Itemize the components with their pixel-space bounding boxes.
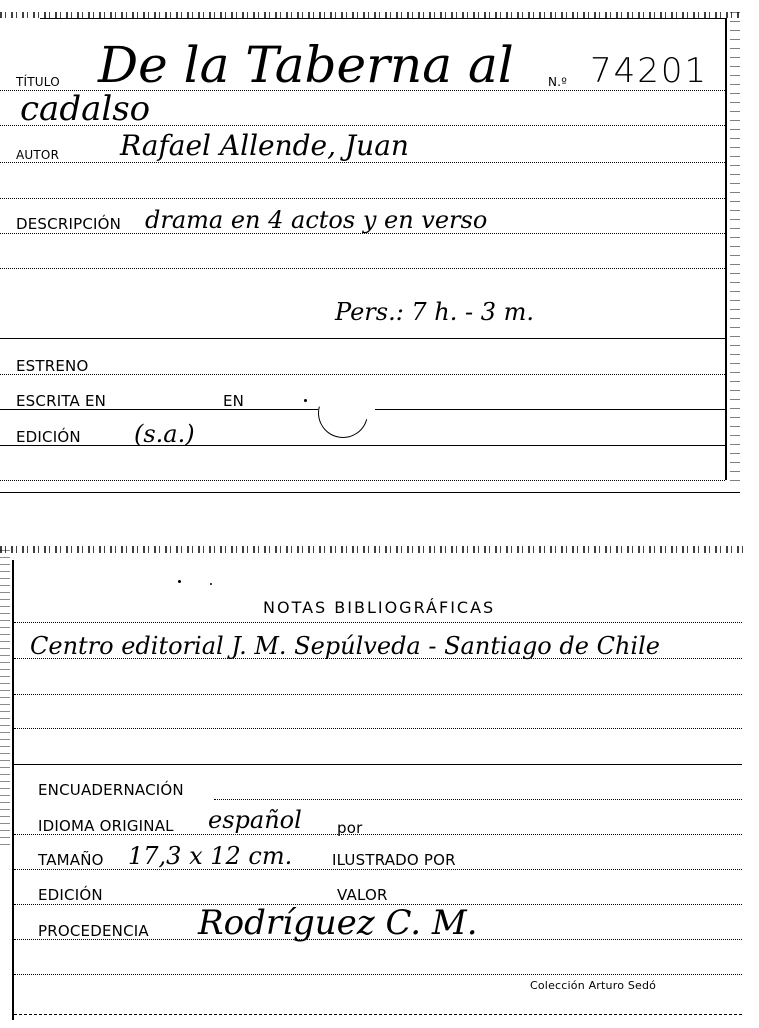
illustrated-by-label: ILUSTRADO POR <box>332 853 456 868</box>
card-bottom-border <box>14 1014 742 1016</box>
blank-rule <box>0 198 725 199</box>
size-value: 17,3 x 12 cm. <box>128 844 292 868</box>
original-language-rule <box>14 834 742 835</box>
scan-noise-edge <box>0 546 745 553</box>
written-in-label: ESCRITA EN <box>16 394 106 409</box>
catalog-card-back: NOTAS BIBLIOGRÁFICAS Centro editorial J.… <box>0 538 759 1028</box>
scan-speck <box>210 583 212 585</box>
size-label: TAMAÑO <box>38 853 104 868</box>
title-value-continued: cadalso <box>20 92 150 126</box>
edition-value: (s.a.) <box>134 422 195 446</box>
premiere-rule <box>0 374 725 375</box>
scan-speck <box>304 399 307 402</box>
description-rule <box>0 233 725 234</box>
stamp-mark <box>309 379 377 447</box>
card-bottom-border <box>0 492 740 493</box>
scan-noise-edge <box>730 12 740 482</box>
notes-line-1: Centro editorial J. M. Sepúlveda - Santi… <box>30 634 660 658</box>
notes-rule-2 <box>14 694 742 695</box>
description-value: drama en 4 actos y en verso <box>145 208 487 232</box>
edition-label: EDICIÓN <box>38 888 103 903</box>
bottom-rule <box>0 480 725 481</box>
title-value: De la Taberna al <box>98 40 514 90</box>
author-rule <box>0 162 725 163</box>
description-extra: Pers.: 7 h. - 3 m. <box>335 300 534 324</box>
number-value: 74201 <box>590 54 708 88</box>
scan-noise-edge <box>0 550 10 850</box>
notes-rule-1 <box>14 658 742 659</box>
edition-label: EDICIÓN <box>16 430 81 445</box>
bibliographic-notes-heading: NOTAS BIBLIOGRÁFICAS <box>263 600 495 616</box>
description-rule-3 <box>0 338 725 339</box>
original-language-label: IDIOMA ORIGINAL <box>38 819 174 834</box>
card-left-border <box>12 560 14 1020</box>
card-top-border <box>40 18 727 19</box>
size-rule <box>14 869 742 870</box>
description-label: DESCRIPCIÓN <box>16 217 121 232</box>
binding-label: ENCUADERNACIÓN <box>38 783 184 798</box>
notes-rule-4 <box>14 764 742 765</box>
title-label: TÍTULO <box>16 76 60 88</box>
provenance-label: PROCEDENCIA <box>38 924 149 939</box>
original-language-value: español <box>208 808 302 832</box>
notes-rule-3 <box>14 728 742 729</box>
scan-speck <box>178 580 181 583</box>
edition-rule <box>0 445 725 446</box>
description-rule-2 <box>0 268 725 269</box>
notes-rule <box>14 622 742 623</box>
author-label: AUTOR <box>16 149 59 161</box>
author-value: Rafael Allende, Juan <box>120 132 409 160</box>
number-label: N.º <box>548 76 567 88</box>
written-in-rule-right <box>375 409 725 410</box>
value-label: VALOR <box>337 888 388 903</box>
premiere-label: ESTRENO <box>16 359 89 374</box>
catalog-card-front: TÍTULO De la Taberna al N.º 74201 cadals… <box>0 0 759 495</box>
binding-rule <box>214 799 742 800</box>
in-label: EN <box>223 394 244 409</box>
provenance-rule <box>14 939 742 940</box>
collection-footer: Colección Arturo Sedó <box>530 980 656 991</box>
provenance-value: Rodríguez C. M. <box>198 906 478 940</box>
written-in-rule <box>0 409 318 410</box>
card-right-border <box>725 18 727 480</box>
provenance-rule-2 <box>14 974 742 975</box>
title-continued-rule <box>0 125 725 126</box>
